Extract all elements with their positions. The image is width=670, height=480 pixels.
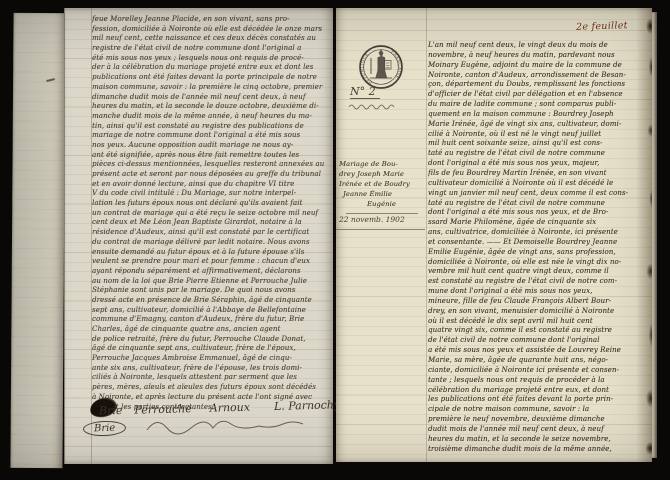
republique-francaise-stamp: RÉPUBLIQUE FRANÇAISE [358,44,404,90]
manuscript-line: mariage de notre commune dont l'original… [92,131,331,141]
signature-row: Brie [83,416,305,436]
margin-note: Mariage de Bou-drey Joseph MarieIrénée e… [339,159,424,209]
margin-rule [336,229,425,230]
manuscript-line: résidence d'Audeux, ainsi qu'il est cons… [92,228,331,238]
manuscript-line: lation les futurs époux nous ont déclaré… [92,199,331,209]
manuscript-line: vembre mil huit cent quatre vingt deux, … [428,267,650,277]
manuscript-line: au nom de la loi que Brie Pierre Étienne… [92,277,331,287]
manuscript-line: cent deux et Me Léon Jean Baptiste Girar… [92,218,331,228]
manuscript-line: der à la célébration du mariage projeté … [92,63,331,73]
manuscript-line: dressé acte en présence de Brie Séraphin… [92,296,331,306]
manuscript-line: et en avoir donné lecture, ainsi que du … [92,180,331,190]
signature-name: Perrouche [134,402,192,416]
manuscript-line: est constaté au registre de l'état civil… [428,277,650,287]
manuscript-line: veulent se prendre pour mari et pour fem… [92,257,331,267]
manuscript-line: ant été signifiée, après nous être fait … [92,151,331,161]
previous-page-edge [10,13,65,468]
manuscript-line: de police retraité, frère du futur, Perr… [92,335,331,345]
manuscript-line: ssard Marie Philomène, âgée de cinquante… [428,218,650,228]
manuscript-line: ciliés à Noironte, lesquels attestent pa… [92,373,331,383]
manuscript-line: cultivateur domicilié à Noironte où il e… [428,179,650,189]
manuscript-line: novembre, à neuf heures du matin, pardev… [428,51,650,61]
manuscript-line: tin, ainsi qu'il est constaté au registr… [92,122,331,132]
margin-note-line: Mariage de Bou- [339,159,424,169]
manuscript-line: Perrouche Jacques Ambroise Emmanuel, âgé… [92,354,331,364]
manuscript-line: Moinary Eugène, adjoint du maire de la c… [428,61,650,71]
manuscript-line: L'an mil neuf cent deux, le vingt deux d… [428,41,650,51]
margin-note-line: Irénée et de Boudry [339,179,424,189]
manuscript-line: drey, en son vivant, menuisier domicilié… [428,307,650,317]
signature-name: L. Parnochy [274,398,341,413]
manuscript-line: ayant répondu séparément et affirmativem… [92,267,331,277]
page-edge-sliver [652,12,657,458]
manuscript-line: un contrat de mariage qui a été reçu le … [92,209,331,219]
manuscript-line: feue Morelley Jeanne Placide, en son viv… [92,15,331,25]
manuscript-line: les publications ont été faites devant l… [428,395,650,405]
manuscript-line: du contrat de mariage délivré par ledit … [92,238,331,248]
manuscript-line: fils de feu Bourdrey Martin Irénée, en s… [428,169,650,179]
manuscript-line: dont l'original a été mis sous nos yeux,… [428,208,650,218]
manuscript-line: été mis sous nos yeux ; lesquels nous on… [92,54,331,64]
right-page-manuscript: L'an mil neuf cent deux, le vingt deux d… [428,41,650,454]
margin-rule [346,213,418,214]
manuscript-line: Stéphanie sont unis par le mariage. De q… [92,286,331,296]
act-number-squiggle [348,102,400,110]
signature-name: Arnoux [210,401,251,415]
manuscript-line: et consentante. —— Et Demoiselle Bourdre… [428,238,650,248]
manuscript-line: mil neuf cent, cette naissance et ces de… [92,34,331,44]
manuscript-line: présent acte et seront par nous déposées… [92,170,331,180]
manuscript-line: âgé de cinquante sept ans, cultivateur, … [92,344,331,354]
manuscript-line: Marie, sa mère, âgée de quarante huit an… [428,356,650,366]
manuscript-line: çon, département du Doubs, remplissant l… [428,80,650,90]
stamp-legend-right: FRANÇAISE [390,49,402,80]
manuscript-line: fession, domiciliée à Noironte où elle e… [92,25,331,35]
manuscript-line: pièces ci-dessus mentionnées, lesquelles… [92,160,331,170]
manuscript-line: ciante, domiciliée à Noironte ici présen… [428,366,650,376]
signature-flourish [145,418,305,436]
margin-note-date: 22 novemb. 1902 [339,215,405,224]
manuscript-line: commune d'Émagny, canton d'Audeux, frère… [92,315,331,325]
manuscript-line: Charles, âgé de cinquante quatre ans, an… [92,325,331,335]
manuscript-line: première le neuf novembre, deuxième dima… [428,415,650,425]
manuscript-line: où il est décédé le dix sept avril mil h… [428,317,650,327]
register-book-spread: feue Morelley Jeanne Placide, en son viv… [0,0,670,480]
left-page-manuscript: feue Morelley Jeanne Placide, en son viv… [92,15,331,412]
manuscript-line: taté au registre de l'état civil de notr… [428,149,650,159]
manuscript-line: dudit mois de l'année mil neuf cent deux… [428,425,650,435]
manuscript-line: domiciliée à Noironte, où elle est née l… [428,258,650,268]
signature-circled: Brie [83,420,127,437]
manuscript-line: heures du matin, et la seconde le douze … [92,102,331,112]
manuscript-line: manche dudit mois de la même année, à ne… [92,112,331,122]
manuscript-line: nos yeux. Aucune opposition audit mariag… [92,141,331,151]
right-page: 2e feuillet RÉPUBLIQUE FRANÇAISE [336,8,652,462]
margin-note-line: Jeanne Émilie [339,189,424,199]
manuscript-line: heures du matin, et la seconde le seize … [428,435,650,445]
manuscript-line: a été mis sous nos yeux et assistée de L… [428,346,650,356]
manuscript-line: mune dont l'original a été mis sous nos … [428,287,650,297]
stamp-figure [370,50,392,79]
margin-note-line: Eugénie [339,199,424,209]
act-number: N° 2 [350,85,380,99]
left-page: feue Morelley Jeanne Placide, en son viv… [64,8,333,464]
manuscript-line: publications ont été faites devant la po… [92,73,331,83]
manuscript-line: Marie Irénée, âgé de vingt six ans, cult… [428,120,650,130]
manuscript-line: dimanche dudit mois de l'année mil neuf … [92,93,331,103]
manuscript-line: célébration du mariage projeté entre eux… [428,386,650,396]
manuscript-line: de l'état civil de notre commune dont l'… [428,336,650,346]
manuscript-line: pères, mères, aïeuls et aïeules des futu… [92,383,331,393]
manuscript-line: mil huit cent soixante seize, ainsi qu'i… [428,139,650,149]
manuscript-line: quatre vingt six, comme il est constaté … [428,326,650,336]
manuscript-line: registre de l'état civil de notre commun… [92,44,331,54]
manuscript-line: quement en la maison commune : Bourdrey … [428,110,650,120]
manuscript-line: Noironte, canton d'Audeux, arrondissemen… [428,71,650,81]
folio-label: 2e feuillet [576,20,628,33]
margin-note-line: drey Joseph Marie [339,169,424,179]
manuscript-line: du maire de ladite commune ; sont compar… [428,100,650,110]
manuscript-line: ans, cultivatrice, domiciliée à Noironte… [428,228,650,238]
manuscript-line: cilié à Noironte, où il est né le vingt … [428,130,650,140]
manuscript-line: maison commune, savoir : la première le … [92,83,331,93]
manuscript-line: taté au registre de l'état civil de notr… [428,199,650,209]
manuscript-line: ensuite demandé au futur époux et à la f… [92,248,331,258]
manuscript-line: Émilie Eugénie, âgée de vingt ans, sans … [428,248,650,258]
manuscript-line: cipale de notre maison commune, savoir :… [428,405,650,415]
manuscript-line: vingt un janvier mil neuf cent, deux com… [428,189,650,199]
manuscript-line: d'officier de l'état civil par délégatio… [428,90,650,100]
stray-ink-mark [46,78,55,82]
manuscript-line: sept ans, cultivateur, domicilié à l'Abb… [92,306,331,316]
manuscript-line: mineure, fille de feu Claude François Al… [428,297,650,307]
manuscript-line: tante ; lesquels nous ont requis de proc… [428,376,650,386]
svg-text:FRANÇAISE: FRANÇAISE [390,49,402,80]
manuscript-line: dont l'original a été mis sous nos yeux,… [428,159,650,169]
manuscript-line: ante six ans, cultivateur, frère de l'ép… [92,364,331,374]
manuscript-line: troisième dimanche dudit mois de la même… [428,445,650,455]
manuscript-line: V du code civil intitulé : Du Mariage, s… [92,189,331,199]
